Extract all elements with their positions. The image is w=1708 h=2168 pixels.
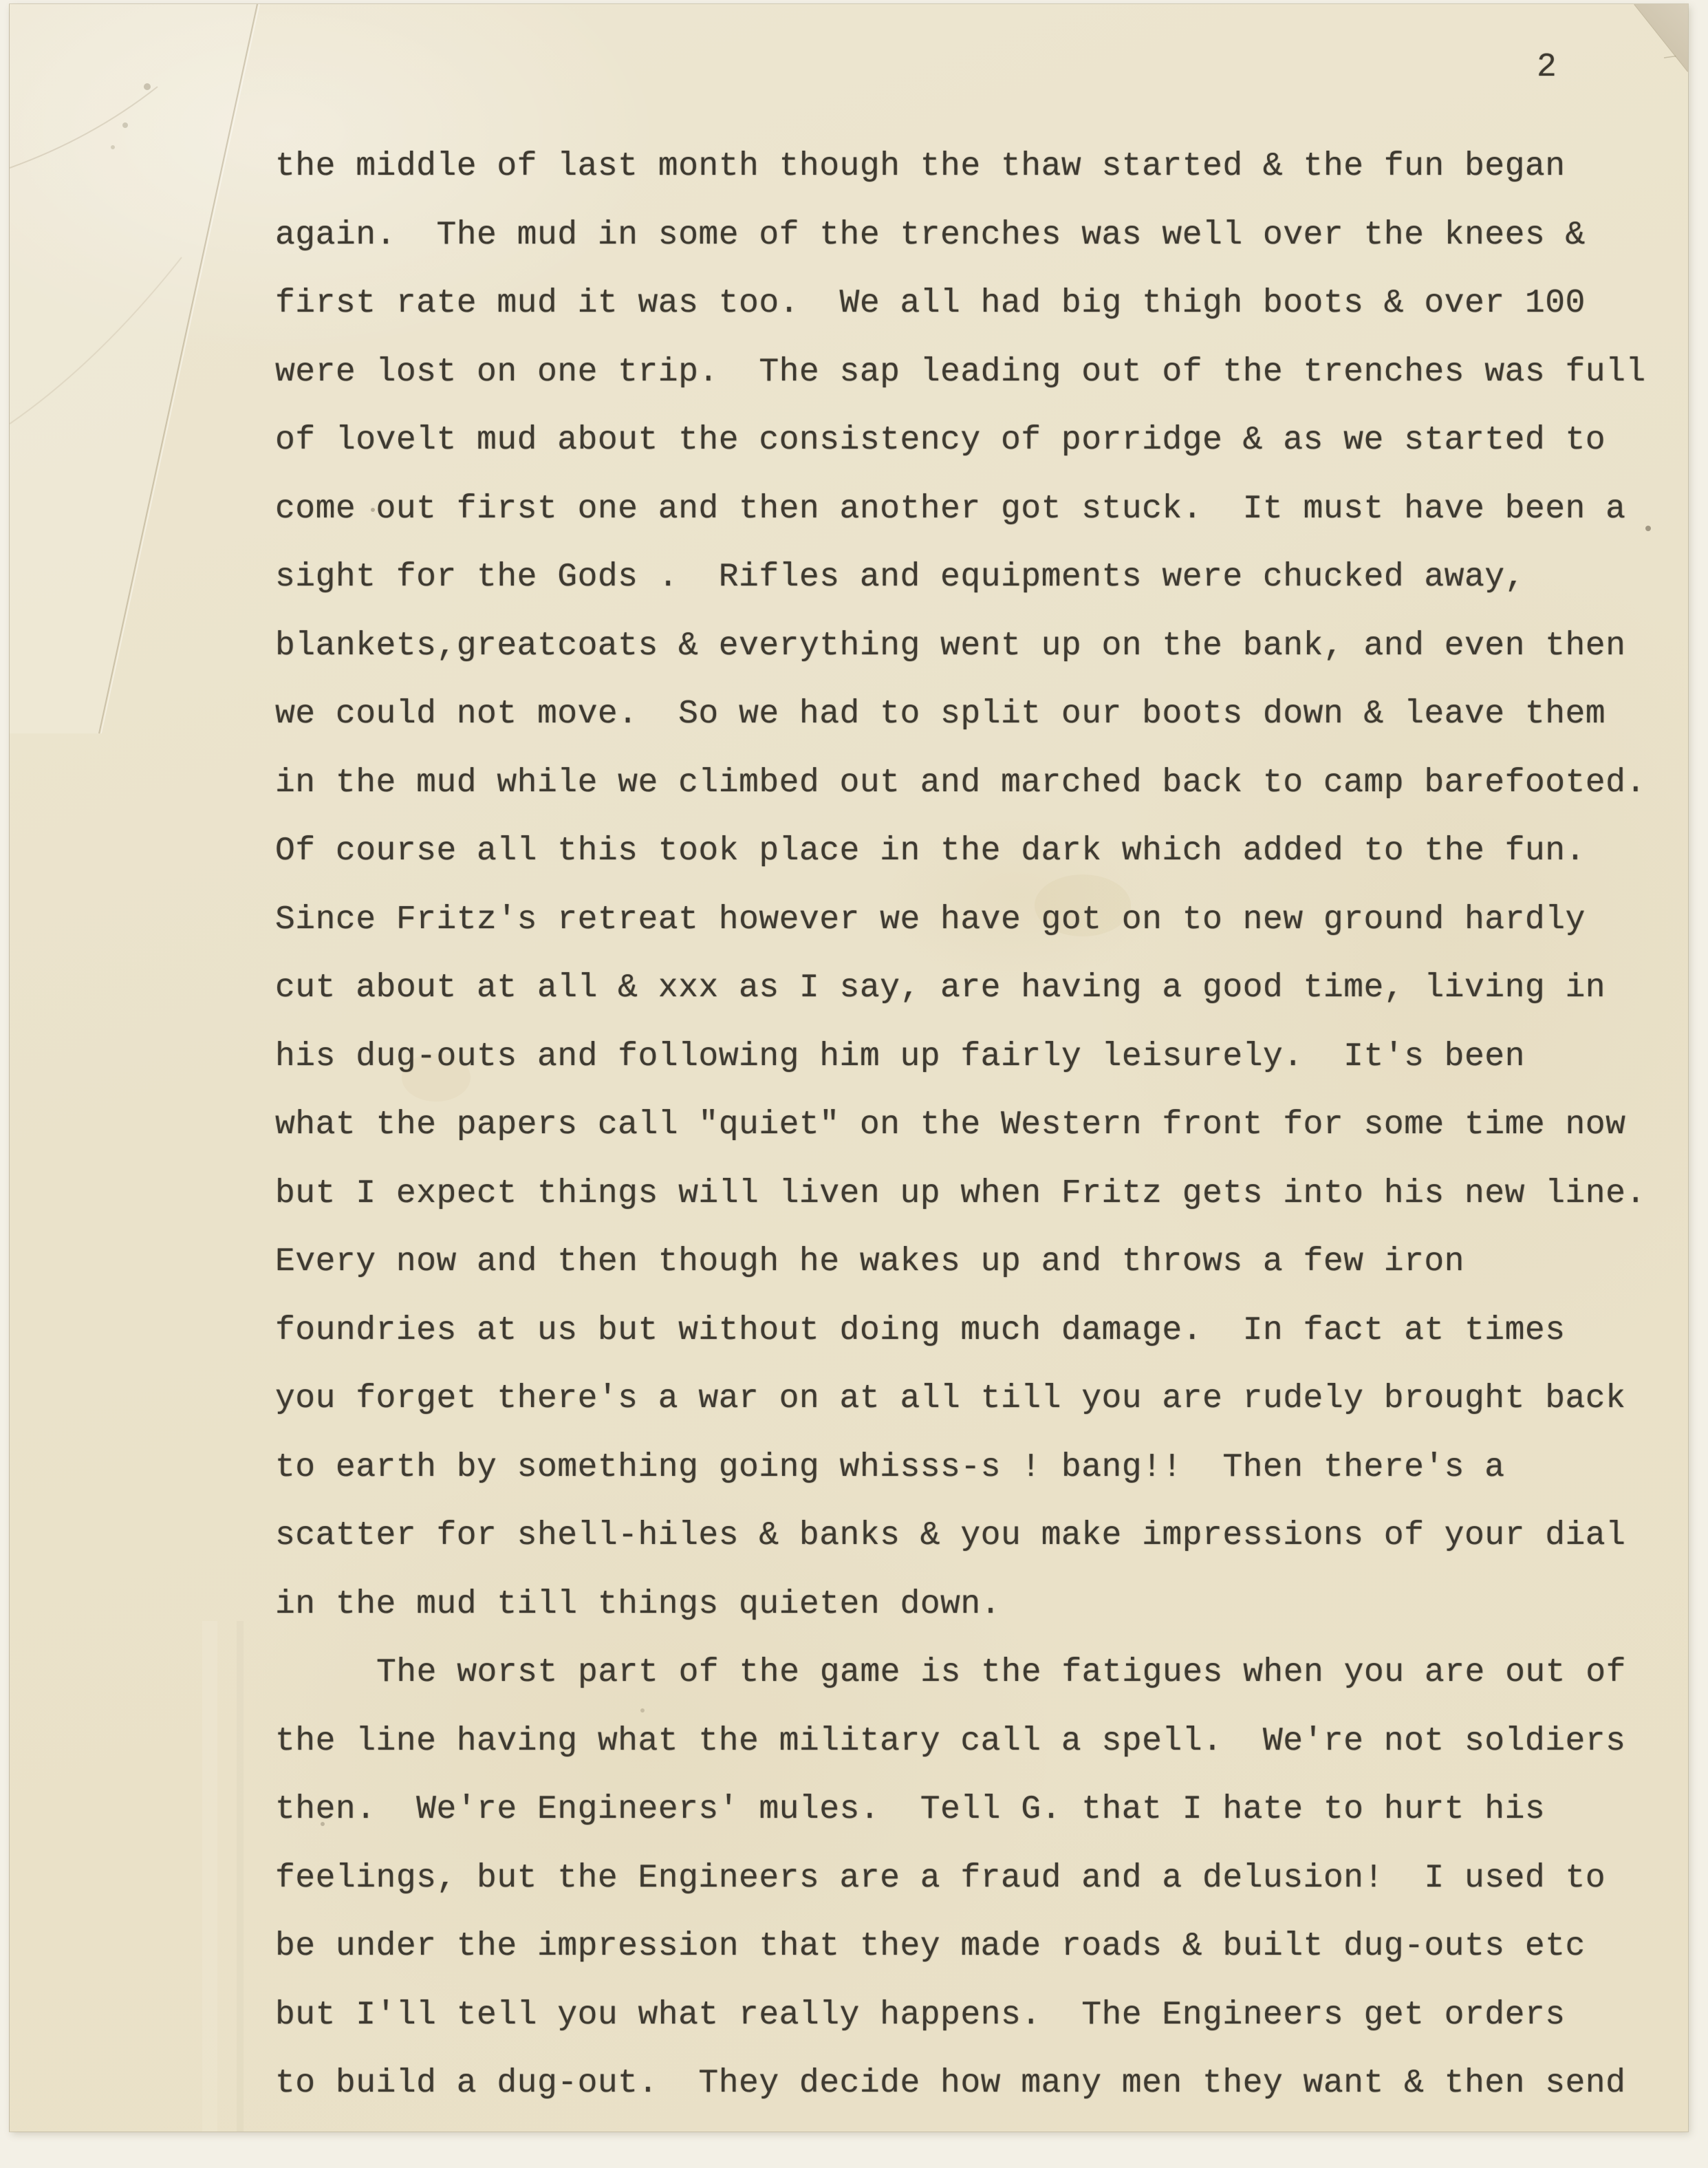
text-line: sight for the Gods . Rifles and equipmen… — [275, 544, 1692, 612]
text-line: of lovelt mud about the consistency of p… — [275, 407, 1692, 475]
text-line: come out first one and then another got … — [275, 475, 1692, 544]
letter-page: 2 the middle of last month though the th… — [10, 4, 1688, 2132]
text-line: what the papers call "quiet" on the West… — [275, 1091, 1692, 1160]
text-line: but I'll tell you what really happens. T… — [275, 1982, 1692, 2050]
text-line: the line having what the military call a… — [275, 1708, 1692, 1777]
text-line: were lost on one trip. The sap leading o… — [275, 339, 1692, 407]
text-line: foundries at us but without doing much d… — [275, 1297, 1692, 1366]
text-line: but I expect things will liven up when F… — [275, 1160, 1692, 1229]
text-line: cut about at all & xxx as I say, are hav… — [275, 954, 1692, 1023]
text-line: then. We're Engineers' mules. Tell G. th… — [275, 1776, 1692, 1845]
text-line: to earth by something going whisss-s ! b… — [275, 1434, 1692, 1503]
text-line: The worst part of the game is the fatigu… — [275, 1639, 1692, 1708]
page-number: 2 — [1537, 47, 1557, 88]
text-line: blankets,greatcoats & everything went up… — [275, 612, 1692, 681]
text-line: again. The mud in some of the trenches w… — [275, 202, 1692, 270]
text-line: in the mud while we climbed out and marc… — [275, 749, 1692, 818]
text-line: Since Fritz's retreat however we have go… — [275, 886, 1692, 955]
text-line: in the mud till things quieten down. — [275, 1571, 1692, 1640]
text-line: scatter for shell-hiles & banks & you ma… — [275, 1502, 1692, 1571]
text-line: be under the impression that they made r… — [275, 1913, 1692, 1982]
text-line: to build a dug-out. They decide how many… — [275, 2050, 1692, 2118]
text-line: first rate mud it was too. We all had bi… — [275, 270, 1692, 339]
text-line: the middle of last month though the thaw… — [275, 133, 1692, 202]
letter-body: the middle of last month though the thaw… — [275, 133, 1692, 2118]
text-line: you forget there's a war on at all till … — [275, 1365, 1692, 1434]
folded-corner — [1634, 4, 1688, 72]
text-line: we could not move. So we had to split ou… — [275, 680, 1692, 749]
text-line: feelings, but the Engineers are a fraud … — [275, 1845, 1692, 1913]
text-line: Of course all this took place in the dar… — [275, 817, 1692, 886]
text-line: Every now and then though he wakes up an… — [275, 1228, 1692, 1297]
text-line: his dug-outs and following him up fairly… — [275, 1023, 1692, 1092]
